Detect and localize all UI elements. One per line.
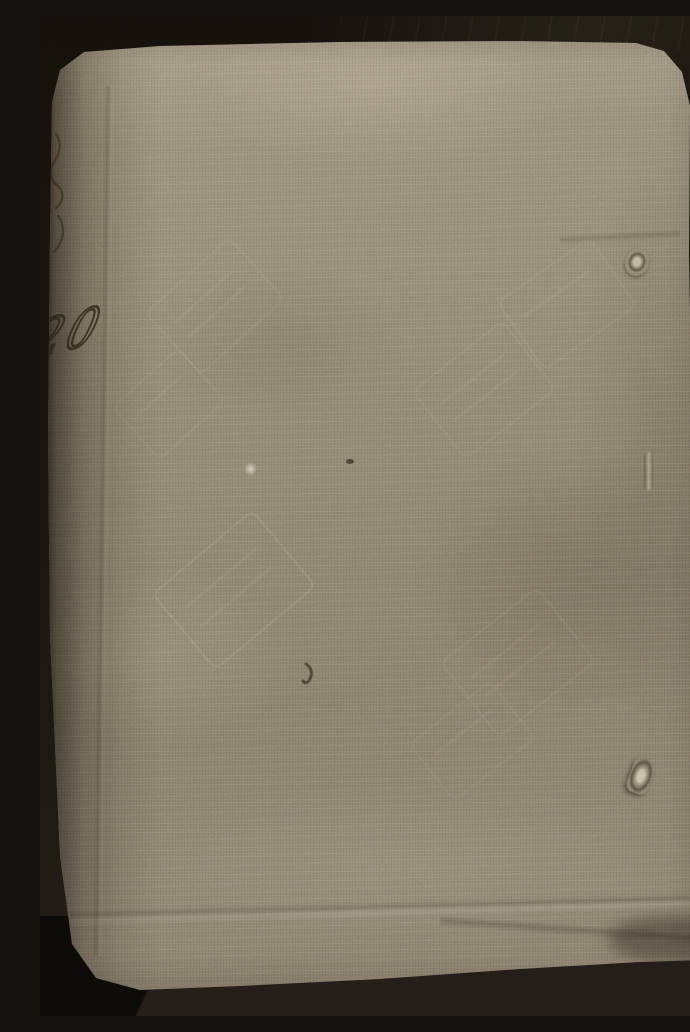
book-cover: 920 xyxy=(40,16,690,1016)
photograph: 920 xyxy=(40,16,690,1016)
bottom-edge-fold xyxy=(40,16,690,1016)
